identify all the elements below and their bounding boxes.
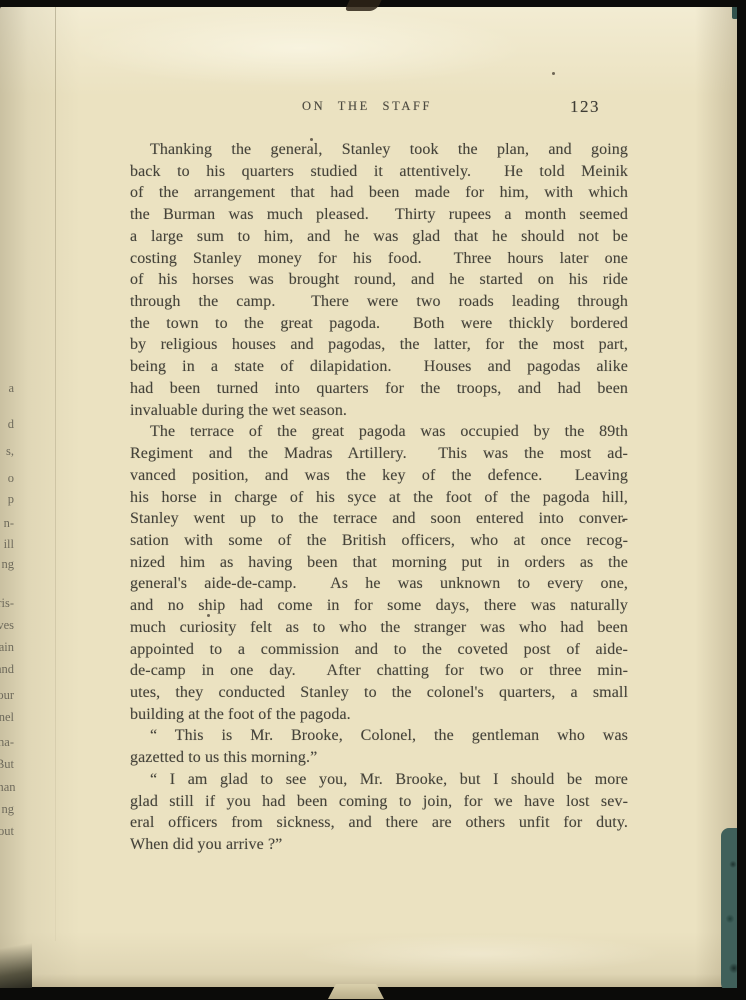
text-line: utes, they conducted Stanley to the colo…	[130, 682, 628, 704]
text-line: much curiosity felt as to who the strang…	[130, 617, 628, 639]
text-line: building at the foot of the pagoda.	[130, 704, 628, 726]
ink-speck	[207, 614, 210, 617]
text-line: sation with some of the British officers…	[130, 530, 628, 552]
text-line: Regiment and the Madras Artillery. This …	[130, 443, 628, 465]
gutter-text-fragment: s,	[0, 444, 14, 459]
text-line: a large sum to him, and he was glad that…	[130, 226, 628, 248]
text-line: “ I am glad to see you, Mr. Brooke, but …	[130, 769, 628, 791]
ink-speck	[622, 519, 625, 522]
gutter-text-fragment: n-	[0, 516, 14, 531]
text-line: Thanking the general, Stanley took the p…	[130, 139, 628, 161]
gutter-text-fragment: ves	[0, 618, 14, 633]
text-line: the Burman was much pleased. Thirty rupe…	[130, 204, 628, 226]
text-line: When did you arrive ?”	[130, 834, 628, 856]
paragraph: “ This is Mr. Brooke, Colonel, the gentl…	[130, 725, 628, 768]
gutter-text-fragment: ng	[0, 802, 14, 817]
gutter-crease-line	[55, 6, 56, 941]
text-line: of the arrangement that had been made fo…	[130, 182, 628, 204]
text-line: of his horses was brought round, and he …	[130, 269, 628, 291]
gutter-text-fragment: nel	[0, 710, 14, 725]
gutter-text-fragment: our	[0, 688, 14, 703]
text-line: Stanley went up to the terrace and soon …	[130, 508, 628, 530]
gutter-text-fragment: d	[0, 417, 14, 432]
text-line: gazetted to us this morning.”	[130, 747, 628, 769]
photo-border-right	[737, 0, 746, 1000]
gutter-text-fragment: But	[0, 757, 14, 772]
text-line: the town to the great pagoda. Both were …	[130, 313, 628, 335]
gutter-fragments: ads,opn-illngris-vesainandournelna-Butma…	[0, 0, 20, 1000]
header-title: ON THE STAFF	[118, 99, 616, 114]
gutter-text-fragment: a	[0, 381, 14, 396]
text-line: costing Stanley money for his food. Thre…	[130, 248, 628, 270]
paragraph: Thanking the general, Stanley took the p…	[130, 139, 628, 421]
paragraph: The terrace of the great pagoda was occu…	[130, 421, 628, 725]
text-line: and no ship had come in for some days, t…	[130, 595, 628, 617]
page-number: 123	[570, 97, 614, 117]
gutter-text-fragment: ill	[0, 537, 14, 552]
gutter-text-fragment: out	[0, 824, 14, 839]
text-line: had been turned into quarters for the tr…	[130, 378, 628, 400]
gutter-text-fragment: ain	[0, 640, 14, 655]
text-line: appointed to a commission and to the cov…	[130, 639, 628, 661]
scanned-book-photo: { "page": { "running_header": { "title":…	[0, 0, 746, 1000]
ink-speck	[552, 72, 555, 75]
text-line: The terrace of the great pagoda was occu…	[130, 421, 628, 443]
text-line: his horse in charge of his syce at the f…	[130, 487, 628, 509]
text-line: de-camp in one day. After chatting for t…	[130, 660, 628, 682]
text-line: by religious houses and pagodas, the lat…	[130, 334, 628, 356]
text-line: invaluable during the wet season.	[130, 400, 628, 422]
text-line: eral officers from sickness, and there a…	[130, 812, 628, 834]
page-edge-tab	[328, 984, 384, 999]
ink-speck	[310, 138, 313, 141]
gutter-text-fragment: ris-	[0, 596, 14, 611]
text-block: Thanking the general, Stanley took the p…	[130, 139, 628, 856]
gutter-text-fragment: na-	[0, 735, 14, 750]
text-line: back to his quarters studied it attentiv…	[130, 161, 628, 183]
text-line: general's aide-de-camp. As he was unknow…	[130, 573, 628, 595]
gutter-text-fragment: man	[0, 780, 14, 795]
text-line: “ This is Mr. Brooke, Colonel, the gentl…	[130, 725, 628, 747]
text-line: nized him as having been that morning pu…	[130, 552, 628, 574]
gutter-text-fragment: and	[0, 662, 14, 677]
text-line: vanced position, and was the key of the …	[130, 465, 628, 487]
book-page: ON THE STAFF 123 Thanking the general, S…	[0, 6, 737, 987]
text-line: glad still if you had been coming to joi…	[130, 791, 628, 813]
running-header: ON THE STAFF 123	[130, 97, 628, 119]
paragraph: “ I am glad to see you, Mr. Brooke, but …	[130, 769, 628, 856]
gutter-text-fragment: o	[0, 471, 14, 486]
text-line: being in a state of dilapidation. Houses…	[130, 356, 628, 378]
gutter-text-fragment: ng	[0, 557, 14, 572]
gutter-text-fragment: p	[0, 492, 14, 507]
text-line: through the camp. There were two roads l…	[130, 291, 628, 313]
